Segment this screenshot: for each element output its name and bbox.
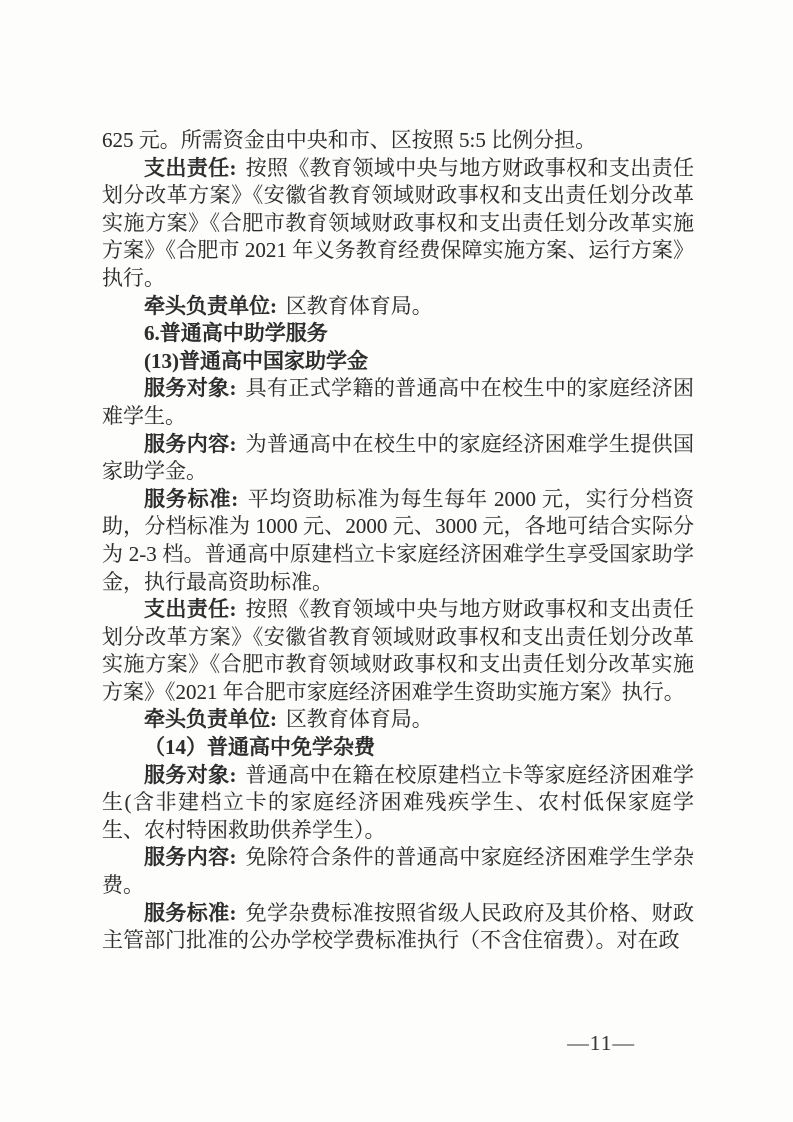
heading-text: (13)普通高中国家助学金 bbox=[144, 349, 368, 373]
page-number: —11— bbox=[567, 1031, 635, 1056]
section-heading-13: (13)普通高中国家助学金 bbox=[102, 348, 694, 376]
paragraph-label: 服务标准: bbox=[144, 901, 236, 925]
paragraph: 服务标准:免学杂费标准按照省级人民政府及其价格、财政主管部门批准的公办学校学费标… bbox=[102, 900, 694, 955]
paragraph-label: 服务对象: bbox=[144, 763, 236, 787]
paragraph-label: 支出责任: bbox=[144, 597, 236, 621]
paragraph-label: 服务标准: bbox=[144, 487, 238, 511]
paragraph: 服务对象:普通高中在籍在校原建档立卡等家庭经济困难学生(含非建档立卡的家庭经济困… bbox=[102, 762, 694, 845]
paragraph: 服务内容:免除符合条件的普通高中家庭经济困难学生学杂费。 bbox=[102, 844, 694, 899]
paragraph-label: 牵头负责单位: bbox=[144, 294, 277, 318]
paragraph: 服务内容:为普通高中在校生中的家庭经济困难学生提供国家助学金。 bbox=[102, 431, 694, 486]
paragraph-text: 区教育体育局。 bbox=[286, 707, 433, 731]
document-page: 625 元。所需资金由中央和市、区按照 5:5 比例分担。 支出责任:按照《教育… bbox=[0, 0, 793, 1122]
paragraph-text: 区教育体育局。 bbox=[286, 294, 433, 318]
paragraph: 支出责任:按照《教育领域中央与地方财政事权和支出责任划分改革方案》《安徽省教育领… bbox=[102, 596, 694, 706]
paragraph: 牵头负责单位:区教育体育局。 bbox=[102, 293, 694, 321]
paragraph-text: 625 元。所需资金由中央和市、区按照 5:5 比例分担。 bbox=[102, 128, 596, 152]
paragraph-label: 服务内容: bbox=[144, 845, 236, 869]
paragraph-label: 支出责任: bbox=[144, 156, 236, 180]
paragraph-label: 服务内容: bbox=[144, 432, 236, 456]
paragraph: 支出责任:按照《教育领域中央与地方财政事权和支出责任划分改革方案》《安徽省教育领… bbox=[102, 155, 694, 293]
paragraph-label: 牵头负责单位: bbox=[144, 707, 277, 731]
paragraph: 625 元。所需资金由中央和市、区按照 5:5 比例分担。 bbox=[102, 127, 694, 155]
paragraph-label: 服务对象: bbox=[144, 376, 236, 400]
paragraph: 服务对象:具有正式学籍的普通高中在校生中的家庭经济困难学生。 bbox=[102, 375, 694, 430]
section-heading-14: （14）普通高中免学杂费 bbox=[102, 734, 694, 762]
text-block: 625 元。所需资金由中央和市、区按照 5:5 比例分担。 支出责任:按照《教育… bbox=[102, 127, 694, 955]
heading-text: 6.普通高中助学服务 bbox=[144, 321, 328, 345]
paragraph: 服务标准:平均资助标准为每生每年 2000 元，实行分档资助，分档标准为 100… bbox=[102, 486, 694, 596]
heading-text: （14）普通高中免学杂费 bbox=[144, 735, 375, 759]
paragraph: 牵头负责单位:区教育体育局。 bbox=[102, 706, 694, 734]
section-heading-6: 6.普通高中助学服务 bbox=[102, 320, 694, 348]
